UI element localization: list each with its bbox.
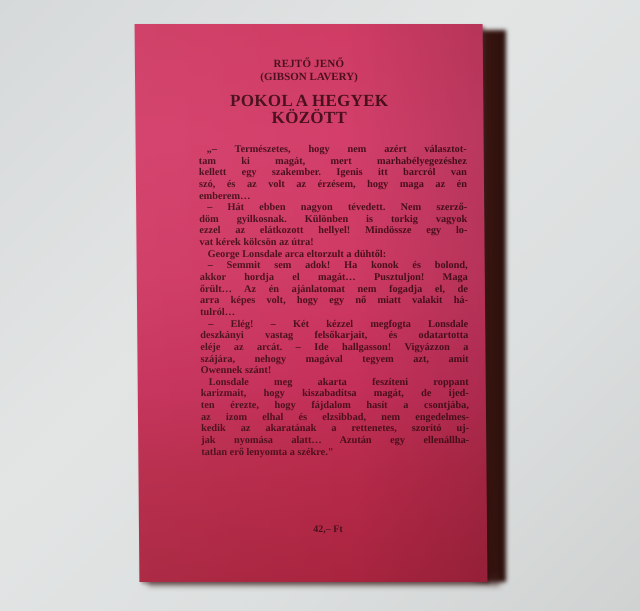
- excerpt-line: tulról…: [200, 307, 468, 319]
- title-line-2: KÖZÖTT: [135, 109, 483, 126]
- excerpt-line: eléje az arcát. – Ide hallgasson! Vigyáz…: [200, 342, 468, 354]
- excerpt-line: vat kérek kölcsön az útra!: [199, 237, 467, 249]
- excerpt-line: George Lonsdale arca eltorzult a dühtől:: [200, 249, 468, 261]
- excerpt-line: emberem…: [199, 191, 467, 203]
- excerpt-line: Owennek szánt!: [201, 365, 469, 377]
- excerpt-line: arra képes volt, hogy egy nő miatt valak…: [200, 295, 468, 307]
- excerpt-line: szájára, nehogy magával tegyem azt, amit: [200, 354, 468, 366]
- excerpt-line: tatlan erő lenyomta a székre.": [201, 447, 469, 459]
- excerpt-line: őrült… Az én ajánlatomat nem fogadja el,…: [200, 284, 468, 296]
- book-back-cover: REJTŐ JENŐ (GIBSON LAVERY) POKOL A HEGYE…: [135, 24, 488, 582]
- excerpt-line: ten érezte, hogy fájdalom hasít a csontj…: [201, 400, 469, 412]
- excerpt-line: döm gyilkosnak. Különben is torkig vagyo…: [199, 214, 467, 226]
- excerpt-line: tam ki magát, mert marhabélyegezéshez: [199, 156, 467, 168]
- title-line-1: POKOL A HEGYEK: [135, 92, 483, 109]
- excerpt-line: deszkányi vastag felsőkarjait, és odatar…: [200, 330, 468, 342]
- excerpt-line: akkor hordja el magát… Pusztuljon! Maga: [200, 272, 468, 284]
- excerpt-line: – Elég! – Két kézzel megfogta Lonsdale: [200, 319, 468, 331]
- excerpt-line: Lonsdale meg akarta feszíteni roppant: [201, 377, 469, 389]
- excerpt-line: szó, és az volt az érzésem, hogy maga az…: [199, 179, 467, 191]
- excerpt-line: „– Természetes, hogy nem azért választot…: [199, 144, 467, 156]
- excerpt-line: az izom elhal és elzsibbad, nem engedelm…: [201, 412, 469, 424]
- excerpt-line: karizmait, hogy kiszabadítsa magát, de i…: [201, 388, 469, 400]
- excerpt-line: ezzel az elátkozott hellyel! Mindössze e…: [199, 225, 467, 237]
- excerpt-line: jak nyomása alatt… Azután egy ellenállha…: [201, 435, 469, 447]
- price-label: 42,– Ft: [139, 524, 487, 535]
- cover-content: REJTŐ JENŐ (GIBSON LAVERY) POKOL A HEGYE…: [135, 24, 488, 582]
- book-excerpt: „– Természetes, hogy nem azért választot…: [199, 144, 470, 458]
- author-name: REJTŐ JENŐ: [135, 58, 483, 71]
- excerpt-line: – Semmit sem adok! Ha konok és bolond,: [200, 260, 468, 272]
- author-pseudonym: (GIBSON LAVERY): [135, 71, 483, 84]
- excerpt-line: – Hát ebben nagyon tévedett. Nem szerző-: [199, 202, 467, 214]
- book-title: POKOL A HEGYEK KÖZÖTT: [135, 92, 483, 126]
- excerpt-line: kellett egy szakember. Igenis itt barcró…: [199, 167, 467, 179]
- excerpt-line: kedik az akaratának a rettenetes, szorít…: [201, 423, 469, 435]
